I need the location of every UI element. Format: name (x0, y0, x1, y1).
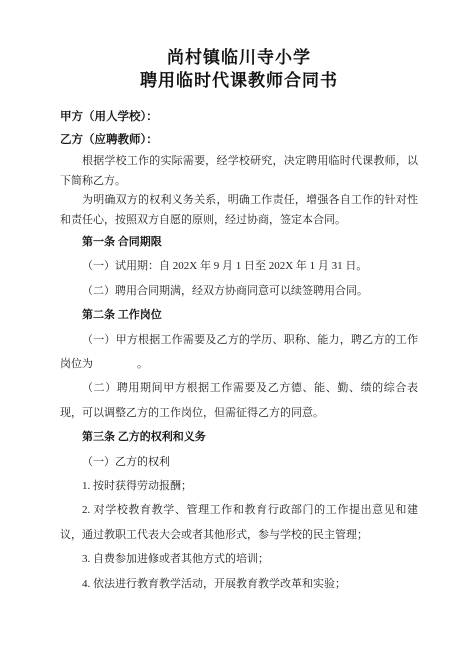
title-line-contract: 聘用临时代课教师合同书 (60, 69, 418, 92)
intro-paragraph: 根据学校工作的实际需要，经学校研究，决定聘用临时代课教师，以下简称乙方。 (60, 152, 418, 191)
intro-block: 根据学校工作的实际需要，经学校研究，决定聘用临时代课教师，以下简称乙方。 为明确… (60, 152, 418, 230)
parties-block: 甲方（用人学校）： 乙方（应聘教师）： (60, 106, 418, 152)
party-b-label: 乙方（应聘教师）： (60, 129, 418, 152)
section-contract-term: 第一条 合同期限 （一）试用期：自 202X 年 9 月 1 日至 202X 年… (60, 230, 418, 303)
document-title: 尚村镇临川寺小学 聘用临时代课教师合同书 (60, 46, 418, 92)
section-heading: 第一条 合同期限 (60, 230, 418, 254)
party-a-label: 甲方（用人学校）： (60, 106, 418, 129)
clause: （一）甲方根据工作需要及乙方的学历、职称、能力，聘乙方的工作岗位为 。 (60, 328, 418, 377)
title-line-school: 尚村镇临川寺小学 (60, 46, 418, 69)
clause: 2. 对学校教育教学、管理工作和教育行政部门的工作提出意见和建议，通过教职工代表… (60, 498, 418, 547)
clause: 4. 依法进行教育教学活动，开展教育教学改革和实验； (60, 572, 418, 596)
clause: （一）乙方的权利 (60, 450, 418, 474)
section-heading: 第二条 工作岗位 (60, 303, 418, 327)
clause: 1. 按时获得劳动报酬； (60, 474, 418, 498)
clause: 3. 自费参加进修或者其他方式的培训； (60, 547, 418, 571)
clause: （一）试用期：自 202X 年 9 月 1 日至 202X 年 1 月 31 日… (60, 254, 418, 278)
document-page: 尚村镇临川寺小学 聘用临时代课教师合同书 甲方（用人学校）： 乙方（应聘教师）：… (0, 0, 463, 655)
clause: （二）聘用期间甲方根据工作需要及乙方德、能、勤、绩的综合表现，可以调整乙方的工作… (60, 376, 418, 425)
section-party-b-rights: 第三条 乙方的权利和义务 （一）乙方的权利 1. 按时获得劳动报酬； 2. 对学… (60, 425, 418, 596)
section-work-post: 第二条 工作岗位 （一）甲方根据工作需要及乙方的学历、职称、能力，聘乙方的工作岗… (60, 303, 418, 425)
section-heading: 第三条 乙方的权利和义务 (60, 425, 418, 449)
intro-paragraph: 为明确双方的权利义务关系，明确工作责任，增强各自工作的针对性和责任心，按照双方自… (60, 191, 418, 230)
clause: （二）聘用合同期满，经双方协商同意可以续签聘用合同。 (60, 279, 418, 303)
